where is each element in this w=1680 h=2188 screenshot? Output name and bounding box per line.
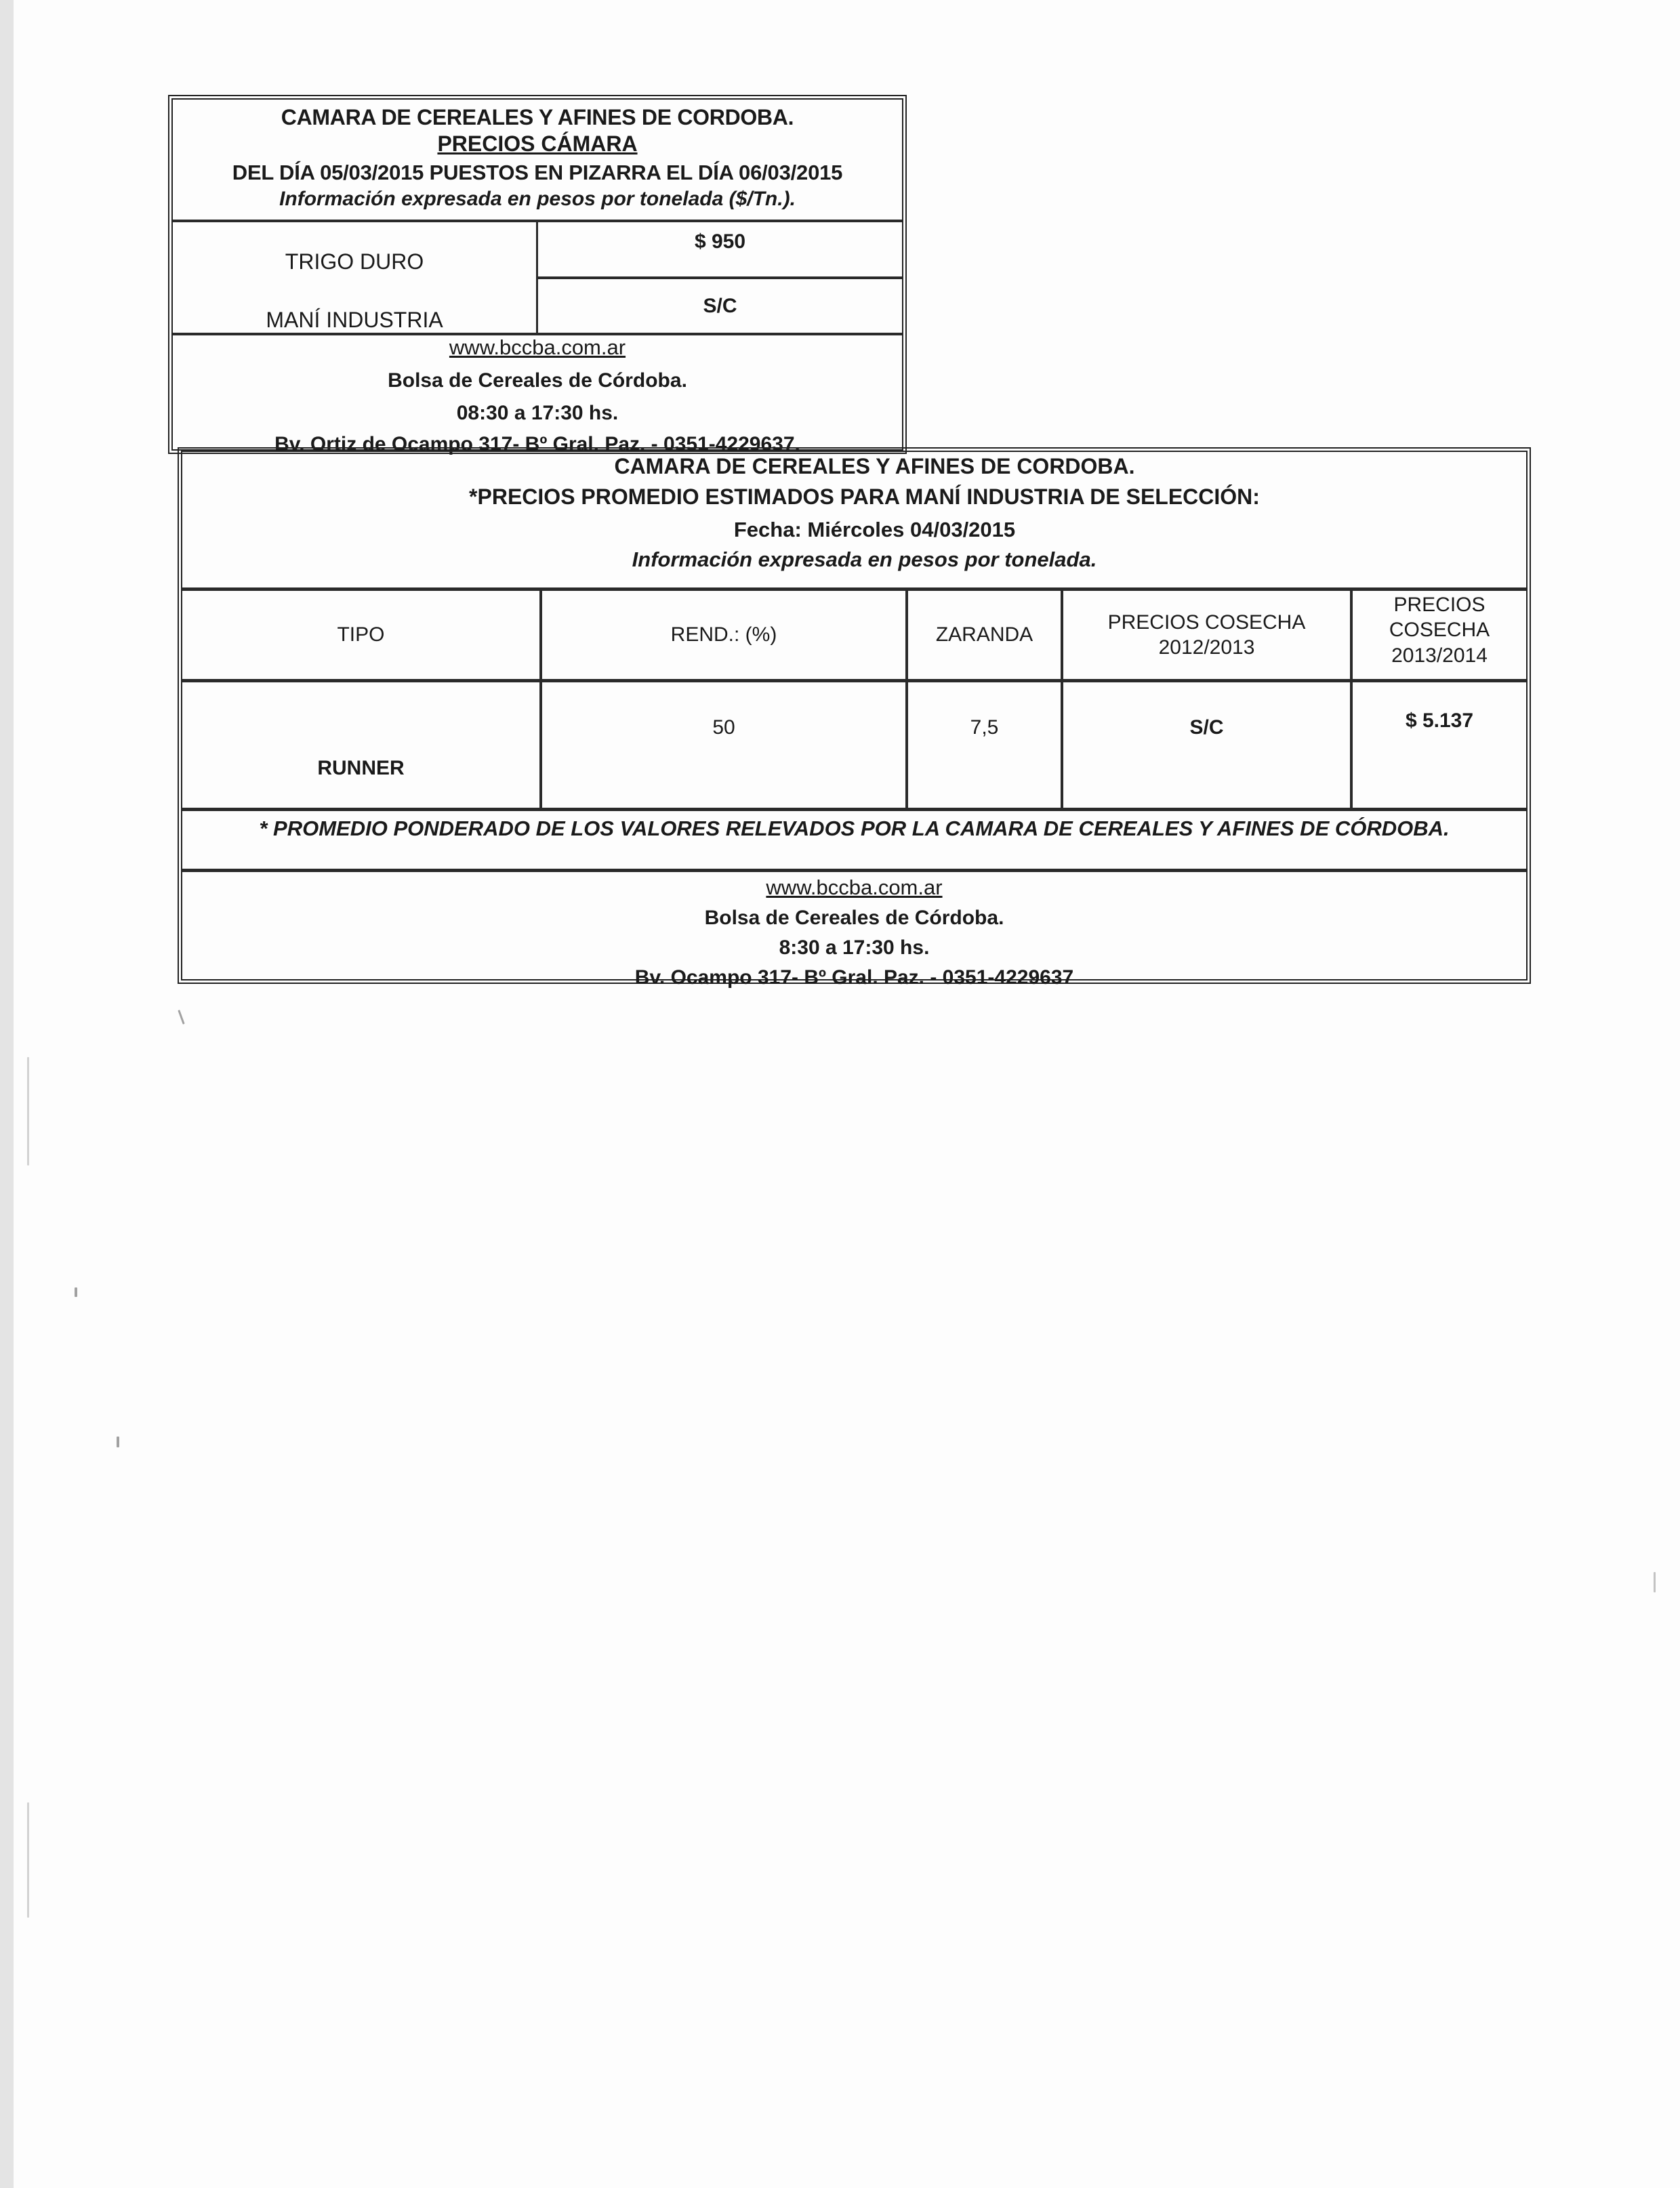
- address: Bv. Ocampo 317- Bº Gral. Paz. - 0351-422…: [182, 966, 1526, 989]
- column-header: ZARANDA: [908, 591, 1061, 682]
- scan-artifact: [27, 1057, 29, 1165]
- cell-rend: 50: [542, 682, 905, 808]
- table-footer: www.bccba.com.ar Bolsa de Cereales de Có…: [173, 335, 902, 449]
- website-link[interactable]: www.bccba.com.ar: [173, 335, 902, 360]
- cell-tipo: RUNNER: [182, 682, 539, 808]
- scan-artifact: [117, 1437, 119, 1447]
- column-header: TIPO: [182, 591, 539, 682]
- cell-cosecha-2012-2013: S/C: [1063, 682, 1350, 808]
- org-name: Bolsa de Cereales de Córdoba.: [173, 369, 902, 392]
- product-price: S/C: [538, 279, 902, 333]
- org-title: CAMARA DE CEREALES Y AFINES DE CORDOBA.: [223, 454, 1526, 479]
- section-title: PRECIOS CÁMARA: [173, 131, 902, 157]
- units-note: Información expresada en pesos por tonel…: [203, 548, 1526, 572]
- scan-edge-strip: [0, 0, 14, 2188]
- column-rend: REND.: (%) 50: [542, 591, 908, 808]
- column-zaranda: ZARANDA 7,5: [908, 591, 1063, 808]
- table-header: CAMARA DE CEREALES Y AFINES DE CORDOBA. …: [182, 452, 1526, 591]
- precios-camara-table: CAMARA DE CEREALES Y AFINES DE CORDOBA. …: [168, 95, 907, 454]
- cell-cosecha-2013-2014: $ 5.137: [1353, 682, 1526, 808]
- date-line: DEL DÍA 05/03/2015 PUESTOS EN PIZARRA EL…: [173, 161, 902, 185]
- scan-artifact: [1654, 1572, 1656, 1592]
- product-price: $ 950: [538, 222, 902, 279]
- office-hours: 8:30 a 17:30 hs.: [182, 936, 1526, 959]
- precios-promedio-table: CAMARA DE CEREALES Y AFINES DE CORDOBA. …: [178, 447, 1531, 984]
- scan-artifact: [75, 1287, 77, 1297]
- units-note: Información expresada en pesos por tonel…: [173, 188, 902, 211]
- scan-artifact: [27, 1802, 29, 1918]
- product-name: MANÍ INDUSTRIA: [173, 308, 536, 333]
- org-title: CAMARA DE CEREALES Y AFINES DE CORDOBA.: [173, 105, 902, 130]
- scan-artifact: [178, 1010, 184, 1025]
- org-name: Bolsa de Cereales de Córdoba.: [182, 907, 1526, 930]
- cell-zaranda: 7,5: [908, 682, 1061, 808]
- date-line: Fecha: Miércoles 04/03/2015: [223, 518, 1526, 542]
- column-cosecha-2012-2013: PRECIOS COSECHA 2012/2013 S/C: [1063, 591, 1353, 808]
- table-footer: www.bccba.com.ar Bolsa de Cereales de Có…: [182, 875, 1526, 979]
- column-header: PRECIOS COSECHA 2013/2014: [1353, 581, 1526, 682]
- price-grid: TIPO RUNNER REND.: (%) 50 ZARANDA 7,5 PR…: [182, 591, 1526, 811]
- column-cosecha-2013-2014: PRECIOS COSECHA 2013/2014 $ 5.137: [1353, 591, 1526, 808]
- price-rows: TRIGO DURO MANÍ INDUSTRIA $ 950 S/C: [173, 222, 902, 335]
- column-header: PRECIOS COSECHA 2012/2013: [1063, 591, 1350, 682]
- price-column: $ 950 S/C: [538, 222, 902, 333]
- footnote: * PROMEDIO PONDERADO DE LOS VALORES RELE…: [182, 811, 1526, 872]
- table-header: CAMARA DE CEREALES Y AFINES DE CORDOBA. …: [173, 100, 902, 222]
- office-hours: 08:30 a 17:30 hs.: [173, 402, 902, 425]
- column-tipo: TIPO RUNNER: [182, 591, 542, 808]
- column-header: REND.: (%): [542, 591, 905, 682]
- product-name: TRIGO DURO: [173, 249, 536, 274]
- website-link[interactable]: www.bccba.com.ar: [182, 875, 1526, 900]
- section-title: *PRECIOS PROMEDIO ESTIMADOS PARA MANÍ IN…: [203, 484, 1526, 510]
- product-column: TRIGO DURO MANÍ INDUSTRIA: [173, 222, 538, 333]
